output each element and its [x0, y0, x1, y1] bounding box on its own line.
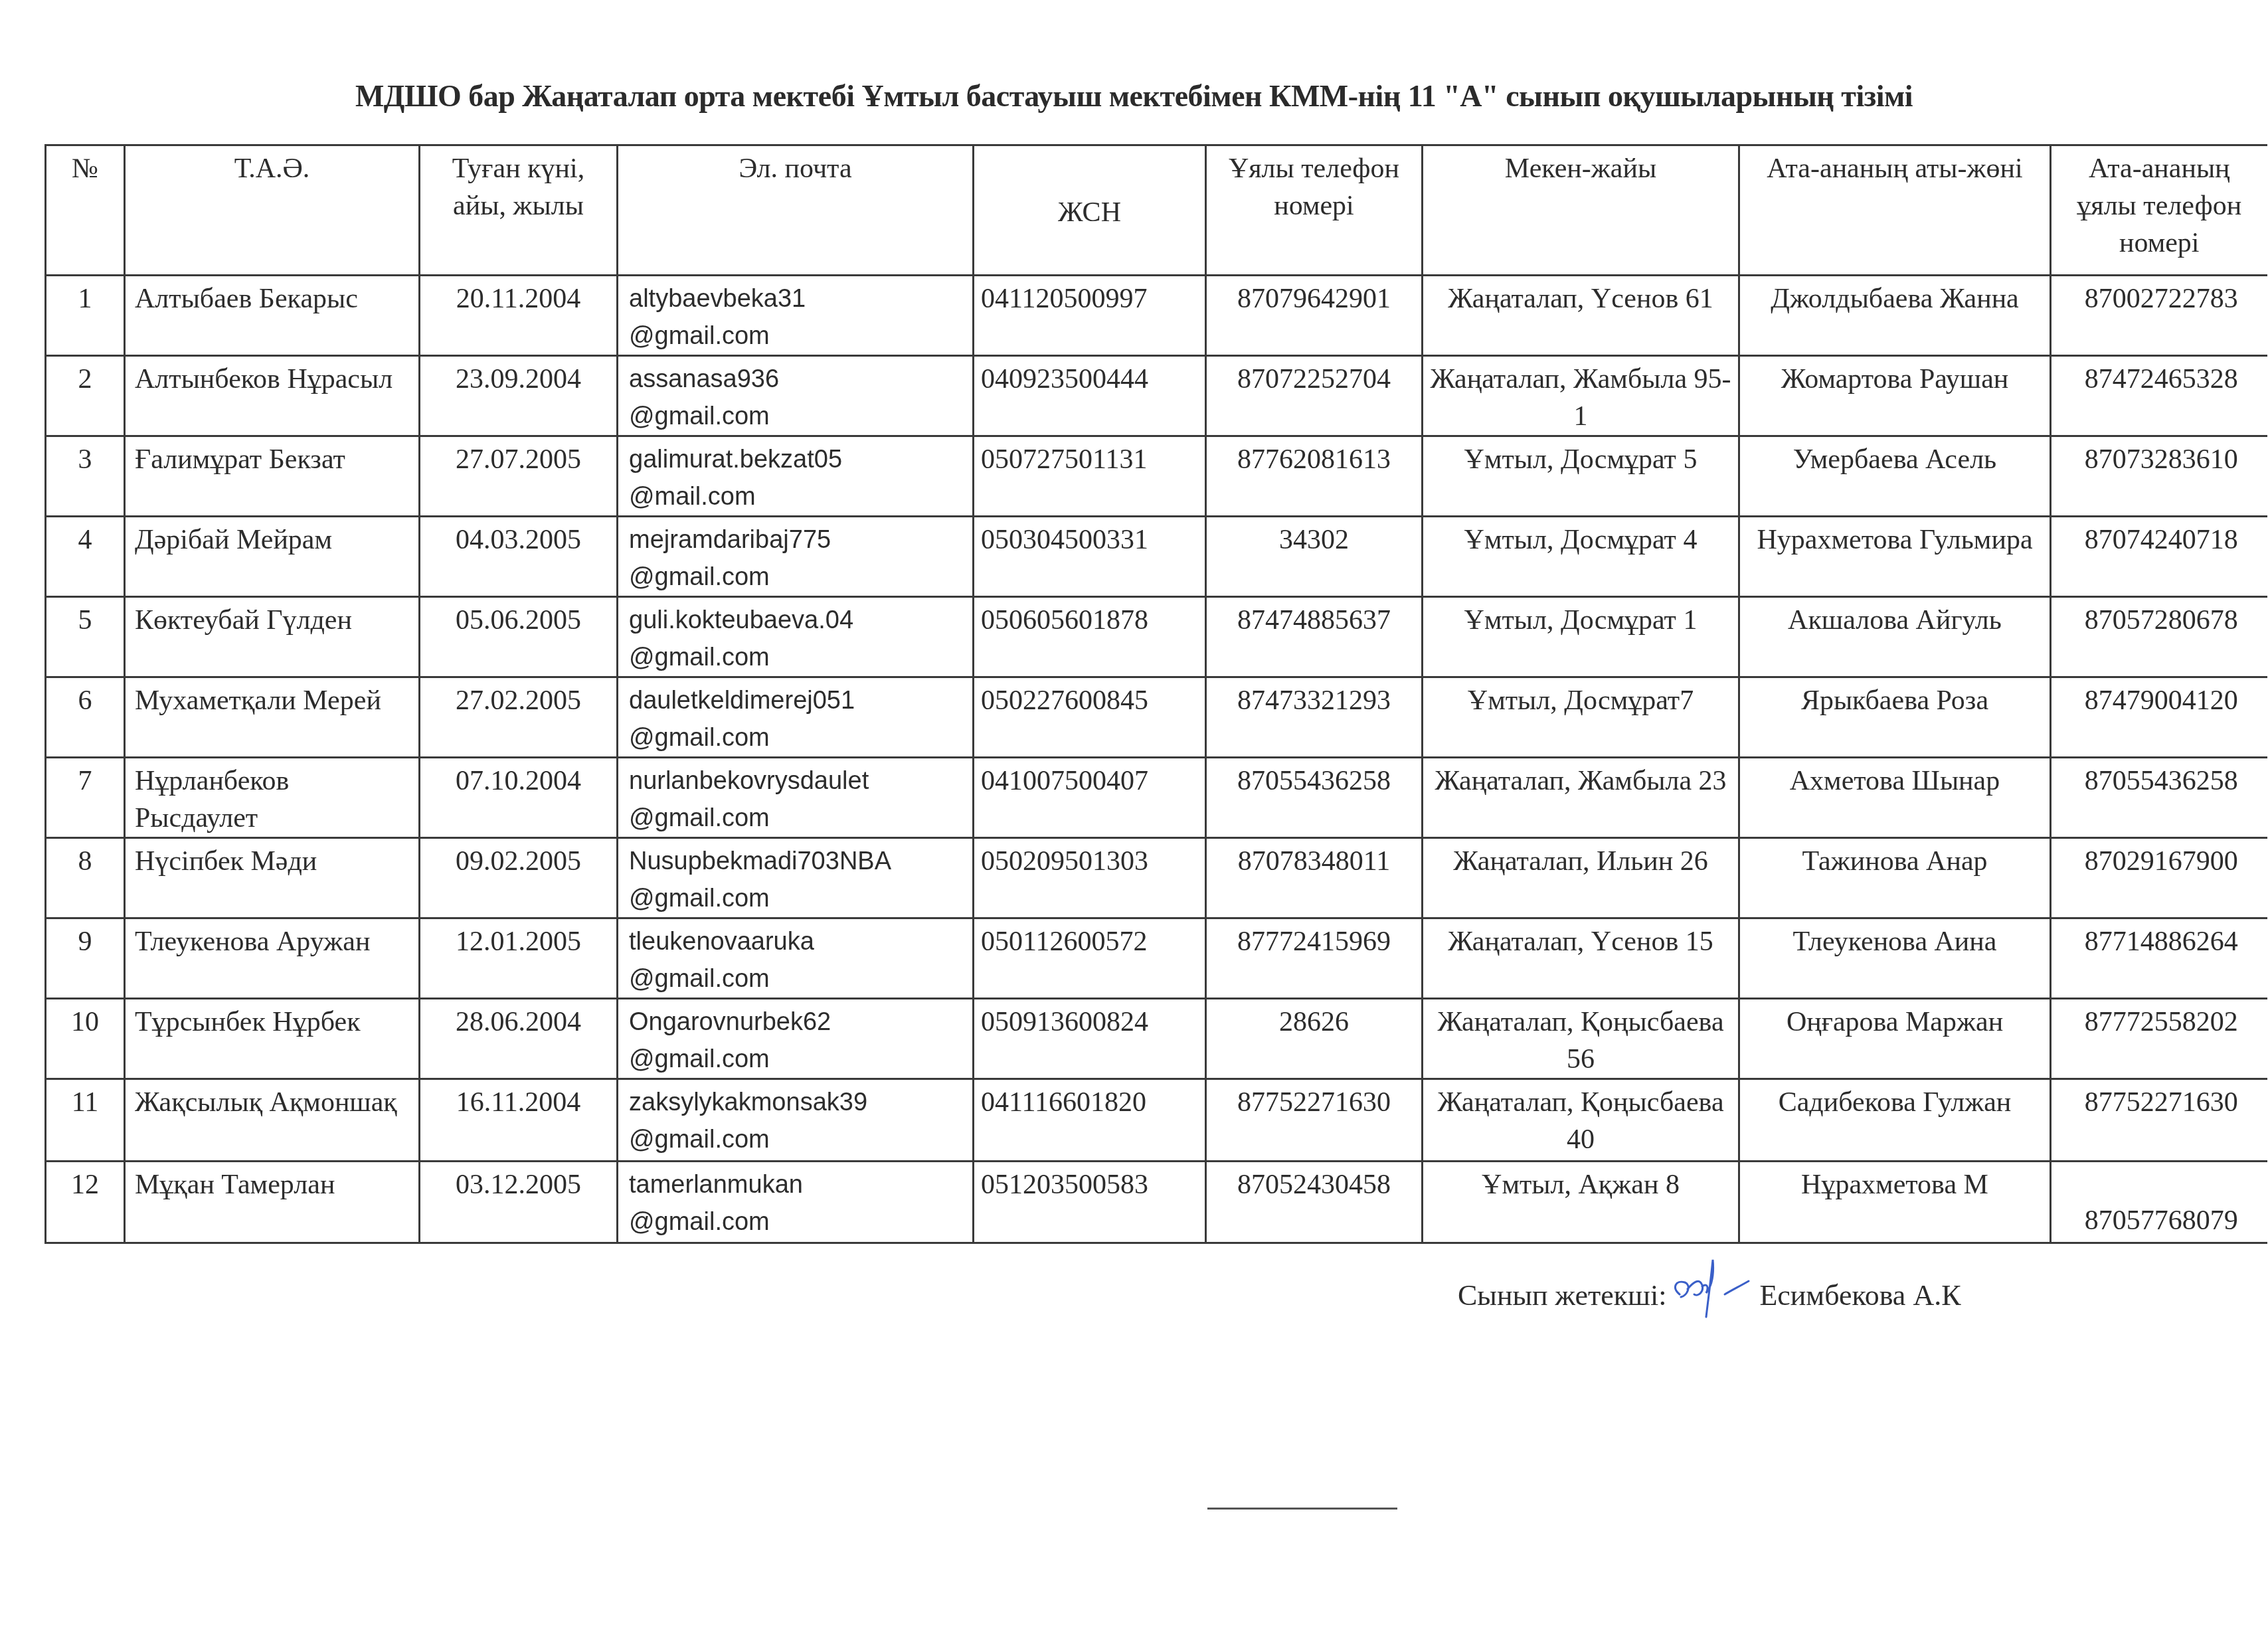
address-cell: Ұмтыл, Досмұрат 1	[1423, 597, 1739, 677]
email-domain: @gmail.com	[629, 1121, 963, 1158]
footer-divider	[1207, 1508, 1397, 1510]
birth-date-cell: 07.10.2004	[420, 758, 618, 838]
birth-date-cell: 03.12.2005	[420, 1162, 618, 1243]
parent-phone-cell: 87074240718	[2051, 517, 2267, 597]
signature-scribble-icon	[1668, 1248, 1754, 1321]
parent-name-cell: Тажинова Анар	[1739, 838, 2051, 918]
parent-phone-cell: 87055436258	[2051, 758, 2267, 838]
header-name: Т.А.Ә.	[125, 145, 420, 276]
birth-date-cell: 20.11.2004	[420, 276, 618, 356]
address-cell: Ұмтыл, Ақжан 8	[1423, 1162, 1739, 1243]
phone-cell: 87473321293	[1206, 677, 1423, 758]
table-row: 8Нүсіпбек Мәди09.02.2005Nusupbekmadi703N…	[46, 838, 2267, 918]
student-name-cell: Тлеукенова Аружан	[125, 918, 420, 999]
student-name-cell: Дәрібай Мейрам	[125, 517, 420, 597]
table-header-row: № Т.А.Ә. Туған күні, айы, жылы Эл. почта…	[46, 145, 2267, 276]
signature-label: Сынып жетекші:	[1458, 1278, 1666, 1312]
birth-date-cell: 27.02.2005	[420, 677, 618, 758]
email-user: mejramdaribaj775	[629, 521, 963, 559]
iin-cell: 050605601878	[974, 597, 1206, 677]
phone-cell: 87055436258	[1206, 758, 1423, 838]
table-row: 4Дәрібай Мейрам04.03.2005mejramdaribaj77…	[46, 517, 2267, 597]
parent-name-cell: Нурахметова Гульмира	[1739, 517, 2051, 597]
birth-date-cell: 04.03.2005	[420, 517, 618, 597]
email-cell: nurlanbekovrysdaulet@gmail.com	[618, 758, 974, 838]
email-cell: altybaevbeka31@gmail.com	[618, 276, 974, 356]
teacher-name: Есимбекова А.К	[1759, 1278, 1961, 1312]
iin-cell: 041007500407	[974, 758, 1206, 838]
phone-cell: 87762081613	[1206, 436, 1423, 517]
parent-phone-cell: 87057280678	[2051, 597, 2267, 677]
header-parent: Ата-ананың аты-жөні	[1739, 145, 2051, 276]
email-user: altybaevbeka31	[629, 280, 963, 317]
row-number-cell: 3	[46, 436, 125, 517]
parent-phone-cell: 87772558202	[2051, 999, 2267, 1079]
table-row: 11Жақсылық Ақмоншақ16.11.2004zaksylykakm…	[46, 1079, 2267, 1162]
email-domain: @gmail.com	[629, 880, 963, 917]
table-body: 1Алтыбаев Бекарыс20.11.2004altybaevbeka3…	[46, 276, 2267, 1243]
phone-cell: 87772415969	[1206, 918, 1423, 999]
header-email: Эл. почта	[618, 145, 974, 276]
parent-phone-cell: 87002722783	[2051, 276, 2267, 356]
email-domain: @gmail.com	[629, 1203, 963, 1241]
phone-cell: 28626	[1206, 999, 1423, 1079]
student-name-cell: Көктеубай Гүлден	[125, 597, 420, 677]
header-parent-phone: Ата-ананың ұялы телефон номері	[2051, 145, 2267, 276]
parent-name-cell: Садибекова Гулжан	[1739, 1079, 2051, 1162]
iin-cell: 050112600572	[974, 918, 1206, 999]
email-user: galimurat.bekzat05	[629, 441, 963, 478]
phone-cell: 87072252704	[1206, 356, 1423, 436]
row-number-cell: 11	[46, 1079, 125, 1162]
row-number-cell: 1	[46, 276, 125, 356]
row-number-cell: 2	[46, 356, 125, 436]
parent-name-cell: Нұрахметова М	[1739, 1162, 2051, 1243]
email-user: assanasa936	[629, 361, 963, 398]
row-number-cell: 12	[46, 1162, 125, 1243]
header-dob: Туған күні, айы, жылы	[420, 145, 618, 276]
address-cell: Жаңаталап, Үсенов 15	[1423, 918, 1739, 999]
email-user: Ongarovnurbek62	[629, 1003, 963, 1041]
row-number-cell: 10	[46, 999, 125, 1079]
email-cell: galimurat.bekzat05@mail.com	[618, 436, 974, 517]
parent-name-cell: Умербаева Асель	[1739, 436, 2051, 517]
student-name-cell: Нүсіпбек Мәди	[125, 838, 420, 918]
phone-cell: 87079642901	[1206, 276, 1423, 356]
phone-cell: 87078348011	[1206, 838, 1423, 918]
address-cell: Ұмтыл, Досмұрат 4	[1423, 517, 1739, 597]
parent-phone-cell: 87057768079	[2051, 1162, 2267, 1243]
address-cell: Ұмтыл, Досмұрат 5	[1423, 436, 1739, 517]
birth-date-cell: 23.09.2004	[420, 356, 618, 436]
row-number-cell: 4	[46, 517, 125, 597]
parent-name-cell: Джолдыбаева Жанна	[1739, 276, 2051, 356]
table-row: 2Алтынбеков Нұрасыл23.09.2004assanasa936…	[46, 356, 2267, 436]
table-row: 1Алтыбаев Бекарыс20.11.2004altybaevbeka3…	[46, 276, 2267, 356]
iin-cell: 051203500583	[974, 1162, 1206, 1243]
table-row: 5Көктеубай Гүлден05.06.2005guli.kokteuba…	[46, 597, 2267, 677]
iin-cell: 050727501131	[974, 436, 1206, 517]
parent-name-cell: Акшалова Айгуль	[1739, 597, 2051, 677]
row-number-cell: 9	[46, 918, 125, 999]
header-phone: Ұялы телефон номері	[1206, 145, 1423, 276]
email-domain: @gmail.com	[629, 398, 963, 435]
header-num: №	[46, 145, 125, 276]
row-number-cell: 7	[46, 758, 125, 838]
birth-date-cell: 27.07.2005	[420, 436, 618, 517]
parent-name-cell: Жомартова Раушан	[1739, 356, 2051, 436]
student-name-cell: Мұқан Тамерлан	[125, 1162, 420, 1243]
iin-cell: 041116601820	[974, 1079, 1206, 1162]
email-domain: @gmail.com	[629, 719, 963, 756]
header-iin: ЖСН	[974, 145, 1206, 276]
email-user: nurlanbekovrysdaulet	[629, 762, 963, 800]
email-cell: tamerlanmukan@gmail.com	[618, 1162, 974, 1243]
address-cell: Жаңаталап, Ильин 26	[1423, 838, 1739, 918]
email-domain: @gmail.com	[629, 559, 963, 596]
email-cell: guli.kokteubaeva.04@gmail.com	[618, 597, 974, 677]
row-number-cell: 8	[46, 838, 125, 918]
parent-name-cell: Тлеукенова Аина	[1739, 918, 2051, 999]
parent-phone-cell: 87029167900	[2051, 838, 2267, 918]
row-number-cell: 5	[46, 597, 125, 677]
student-name-cell: Ғалимұрат Бекзат	[125, 436, 420, 517]
email-user: tamerlanmukan	[629, 1166, 963, 1203]
parent-phone-cell: 87472465328	[2051, 356, 2267, 436]
student-name-cell: Алтыбаев Бекарыс	[125, 276, 420, 356]
email-cell: tleukenovaaruka@gmail.com	[618, 918, 974, 999]
phone-cell: 87474885637	[1206, 597, 1423, 677]
birth-date-cell: 09.02.2005	[420, 838, 618, 918]
iin-cell: 050913600824	[974, 999, 1206, 1079]
email-domain: @gmail.com	[629, 800, 963, 837]
address-cell: Жаңаталап, Жамбыла 95-1	[1423, 356, 1739, 436]
email-domain: @gmail.com	[629, 1041, 963, 1078]
student-name-cell: Тұрсынбек Нұрбек	[125, 999, 420, 1079]
email-user: tleukenovaaruka	[629, 923, 963, 960]
header-address: Мекен-жайы	[1423, 145, 1739, 276]
parent-name-cell: Ярыкбаева Роза	[1739, 677, 2051, 758]
row-number-cell: 6	[46, 677, 125, 758]
student-name-cell: Алтынбеков Нұрасыл	[125, 356, 420, 436]
email-cell: Ongarovnurbek62@gmail.com	[618, 999, 974, 1079]
table-row: 3Ғалимұрат Бекзат27.07.2005galimurat.bek…	[46, 436, 2267, 517]
student-list-table: № Т.А.Ә. Туған күні, айы, жылы Эл. почта…	[44, 144, 2267, 1244]
birth-date-cell: 12.01.2005	[420, 918, 618, 999]
iin-cell: 040923500444	[974, 356, 1206, 436]
email-domain: @mail.com	[629, 478, 963, 515]
address-cell: Жаңаталап, Қоңысбаева 40	[1423, 1079, 1739, 1162]
email-domain: @gmail.com	[629, 960, 963, 998]
birth-date-cell: 16.11.2004	[420, 1079, 618, 1162]
address-cell: Жаңаталап, Үсенов 61	[1423, 276, 1739, 356]
parent-name-cell: Ахметова Шынар	[1739, 758, 2051, 838]
phone-cell: 87752271630	[1206, 1079, 1423, 1162]
parent-name-cell: Оңғарова Маржан	[1739, 999, 2051, 1079]
table-row: 9Тлеукенова Аружан12.01.2005tleukenovaar…	[46, 918, 2267, 999]
parent-phone-cell: 87479004120	[2051, 677, 2267, 758]
email-cell: dauletkeldimerej051@gmail.com	[618, 677, 974, 758]
parent-phone-cell: 87752271630	[2051, 1079, 2267, 1162]
signature-block: Сынып жетекші: Есимбекова А.К	[1458, 1258, 1961, 1332]
email-domain: @gmail.com	[629, 639, 963, 676]
email-cell: Nusupbekmadi703NBA@gmail.com	[618, 838, 974, 918]
parent-phone-cell: 87714886264	[2051, 918, 2267, 999]
address-cell: Ұмтыл, Досмұрат7	[1423, 677, 1739, 758]
birth-date-cell: 05.06.2005	[420, 597, 618, 677]
table-row: 10Тұрсынбек Нұрбек28.06.2004Ongarovnurbe…	[46, 999, 2267, 1079]
table-row: 12Мұқан Тамерлан03.12.2005tamerlanmukan@…	[46, 1162, 2267, 1243]
email-user: zaksylykakmonsak39	[629, 1084, 963, 1121]
address-cell: Жаңаталап, Жамбыла 23	[1423, 758, 1739, 838]
address-cell: Жаңаталап, Қоңысбаева 56	[1423, 999, 1739, 1079]
document-title: МДШО бар Жаңаталап орта мектебі Ұмтыл ба…	[0, 78, 2268, 114]
birth-date-cell: 28.06.2004	[420, 999, 618, 1079]
phone-cell: 34302	[1206, 517, 1423, 597]
email-cell: zaksylykakmonsak39@gmail.com	[618, 1079, 974, 1162]
student-name-cell: Мухаметқали Мерей	[125, 677, 420, 758]
parent-phone-cell: 87073283610	[2051, 436, 2267, 517]
student-name-cell: Нұрланбеков Рысдаулет	[125, 758, 420, 838]
table-row: 6Мухаметқали Мерей27.02.2005dauletkeldim…	[46, 677, 2267, 758]
student-name-cell: Жақсылық Ақмоншақ	[125, 1079, 420, 1162]
email-user: dauletkeldimerej051	[629, 682, 963, 719]
phone-cell: 87052430458	[1206, 1162, 1423, 1243]
iin-cell: 050227600845	[974, 677, 1206, 758]
email-user: guli.kokteubaeva.04	[629, 602, 963, 639]
email-cell: mejramdaribaj775@gmail.com	[618, 517, 974, 597]
email-cell: assanasa936@gmail.com	[618, 356, 974, 436]
table-row: 7Нұрланбеков Рысдаулет07.10.2004nurlanbe…	[46, 758, 2267, 838]
iin-cell: 050209501303	[974, 838, 1206, 918]
iin-cell: 050304500331	[974, 517, 1206, 597]
iin-cell: 041120500997	[974, 276, 1206, 356]
email-user: Nusupbekmadi703NBA	[629, 843, 963, 880]
email-domain: @gmail.com	[629, 317, 963, 355]
